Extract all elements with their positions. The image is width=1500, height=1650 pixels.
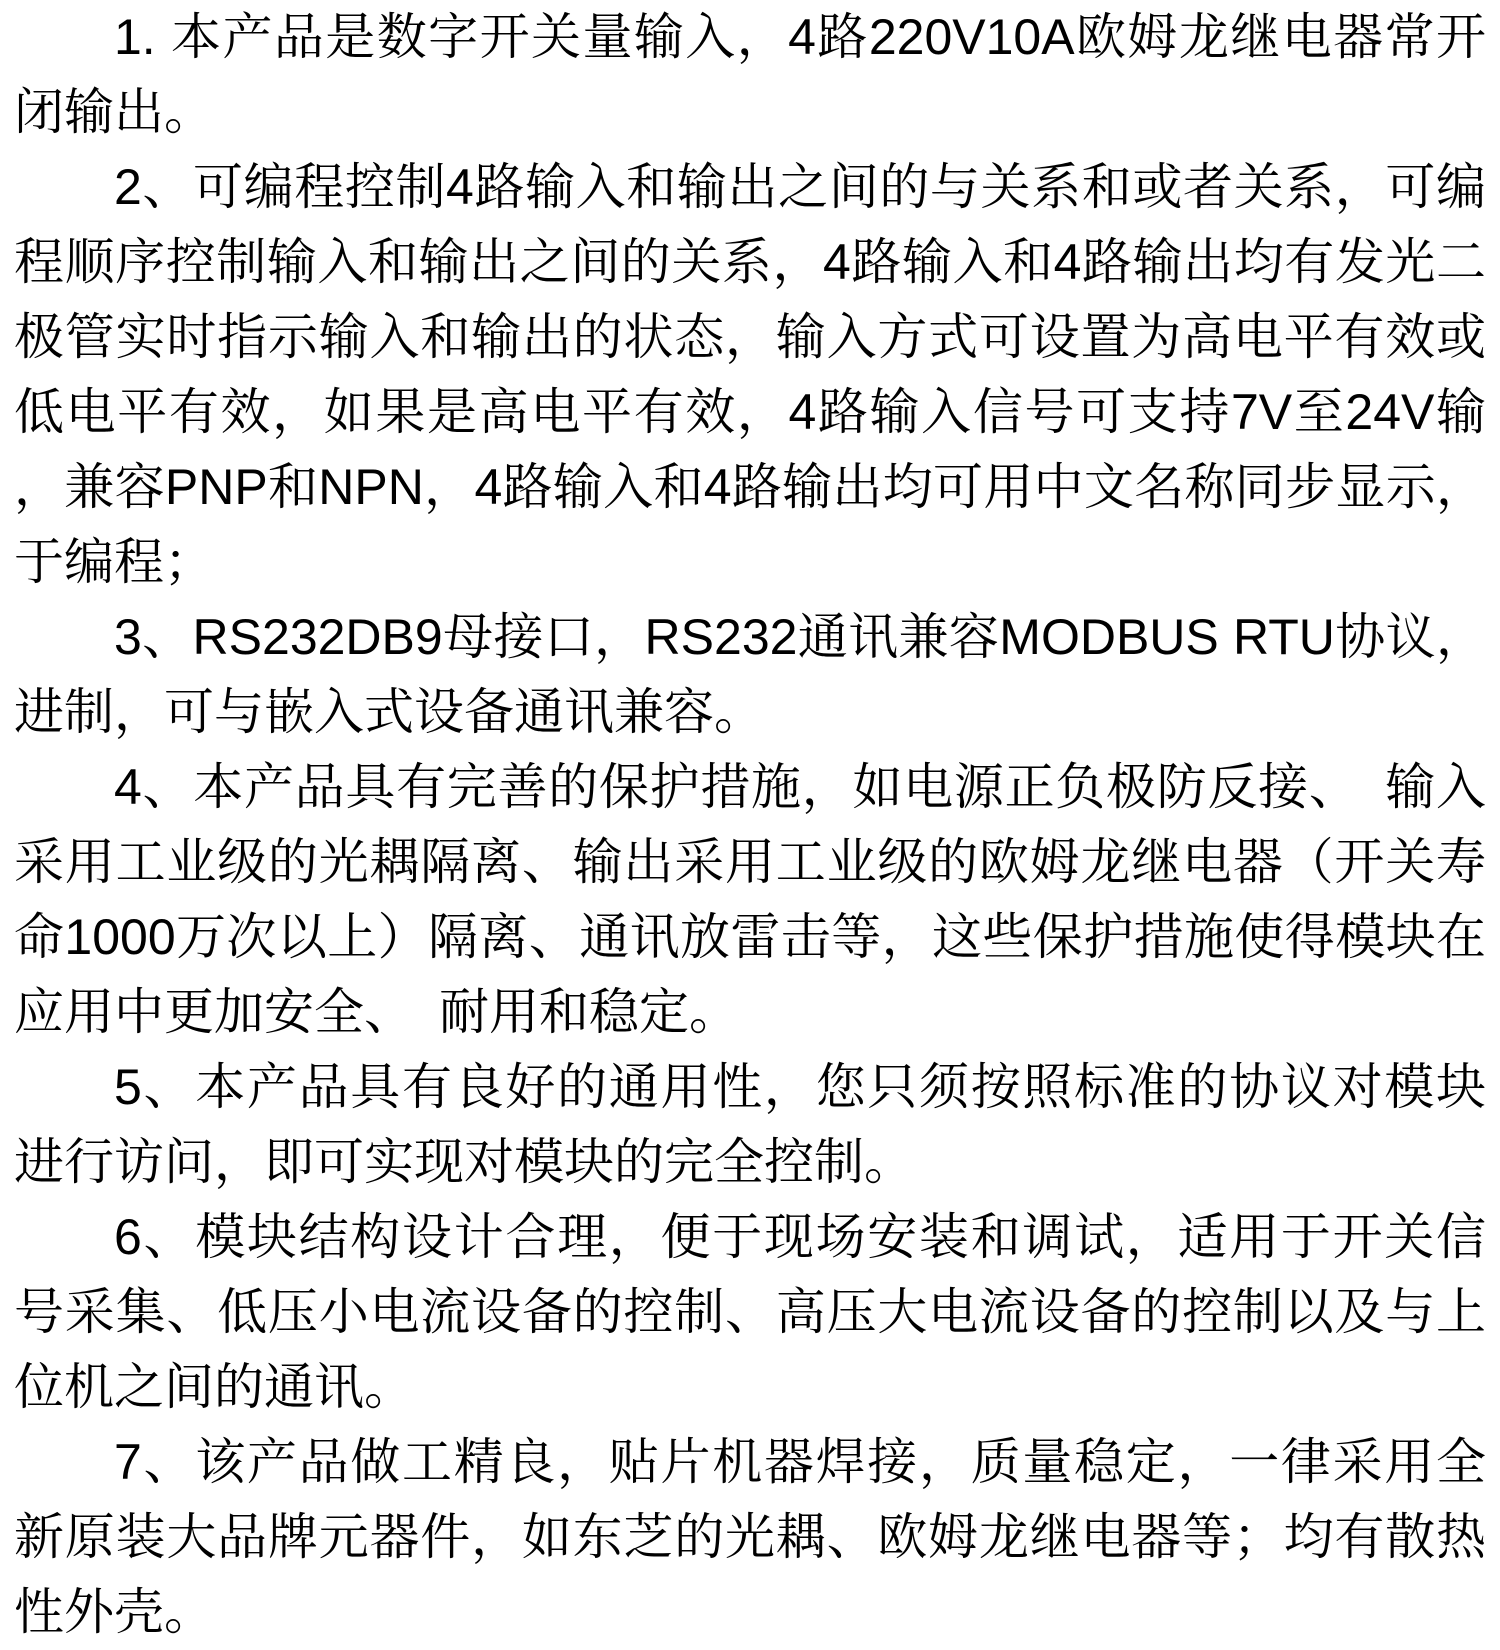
text-line: 程顺序控制输入和输出之间的关系，4路输入和4路输出均有发光二 — [14, 225, 1486, 300]
text-line: 3、RS232DB9母接口，RS232通讯兼容MODBUS RTU协议，输出16 — [14, 600, 1486, 675]
text-line: 极管实时指示输入和输出的状态，输入方式可设置为高电平有效或 — [14, 300, 1486, 375]
text-line: 应用中更加安全、 耐用和稳定。 — [14, 975, 1486, 1050]
text-line: 2、可编程控制4路输入和输出之间的与关系和或者关系，可编 — [14, 150, 1486, 225]
document-page: 1. 本产品是数字开关量输入，4路220V10A欧姆龙继电器常开常闭输出。2、可… — [0, 0, 1500, 1650]
text-line: 命1000万次以上）隔离、通讯放雷击等，这些保护措施使得模块在 — [14, 900, 1486, 975]
text-line: 进行访问，即可实现对模块的完全控制。 — [14, 1125, 1486, 1200]
text-line: 4、本产品具有完善的保护措施，如电源正负极防反接、 输入 — [14, 750, 1486, 825]
text-line: 低电平有效，如果是高电平有效，4路输入信号可支持7V至24V输入 — [14, 375, 1486, 450]
document-text-block: 1. 本产品是数字开关量输入，4路220V10A欧姆龙继电器常开常闭输出。2、可… — [0, 0, 1500, 1650]
text-line: 新原装大品牌元器件，如东芝的光耦、欧姆龙继电器等；均有散热 — [14, 1500, 1486, 1575]
text-line: 1. 本产品是数字开关量输入，4路220V10A欧姆龙继电器常开常 — [14, 0, 1486, 75]
text-line: 号采集、低压小电流设备的控制、高压大电流设备的控制以及与上 — [14, 1275, 1486, 1350]
text-line: 6、模块结构设计合理，便于现场安装和调试，适用于开关信 — [14, 1200, 1486, 1275]
text-line: 位机之间的通讯。 — [14, 1350, 1486, 1425]
text-line: 进制，可与嵌入式设备通讯兼容。 — [14, 675, 1486, 750]
text-line: ，兼容PNP和NPN，4路输入和4路输出均可用中文名称同步显示，便 — [14, 450, 1486, 525]
text-line: 闭输出。 — [14, 75, 1486, 150]
text-line: 于编程； — [14, 525, 1486, 600]
text-line: 采用工业级的光耦隔离、输出采用工业级的欧姆龙继电器（开关寿 — [14, 825, 1486, 900]
text-line: 性外壳。 — [14, 1575, 1486, 1650]
text-line: 7、该产品做工精良，贴片机器焊接，质量稳定，一律采用全 — [14, 1425, 1486, 1500]
text-line: 5、本产品具有良好的通用性，您只须按照标准的协议对模块 — [14, 1050, 1486, 1125]
